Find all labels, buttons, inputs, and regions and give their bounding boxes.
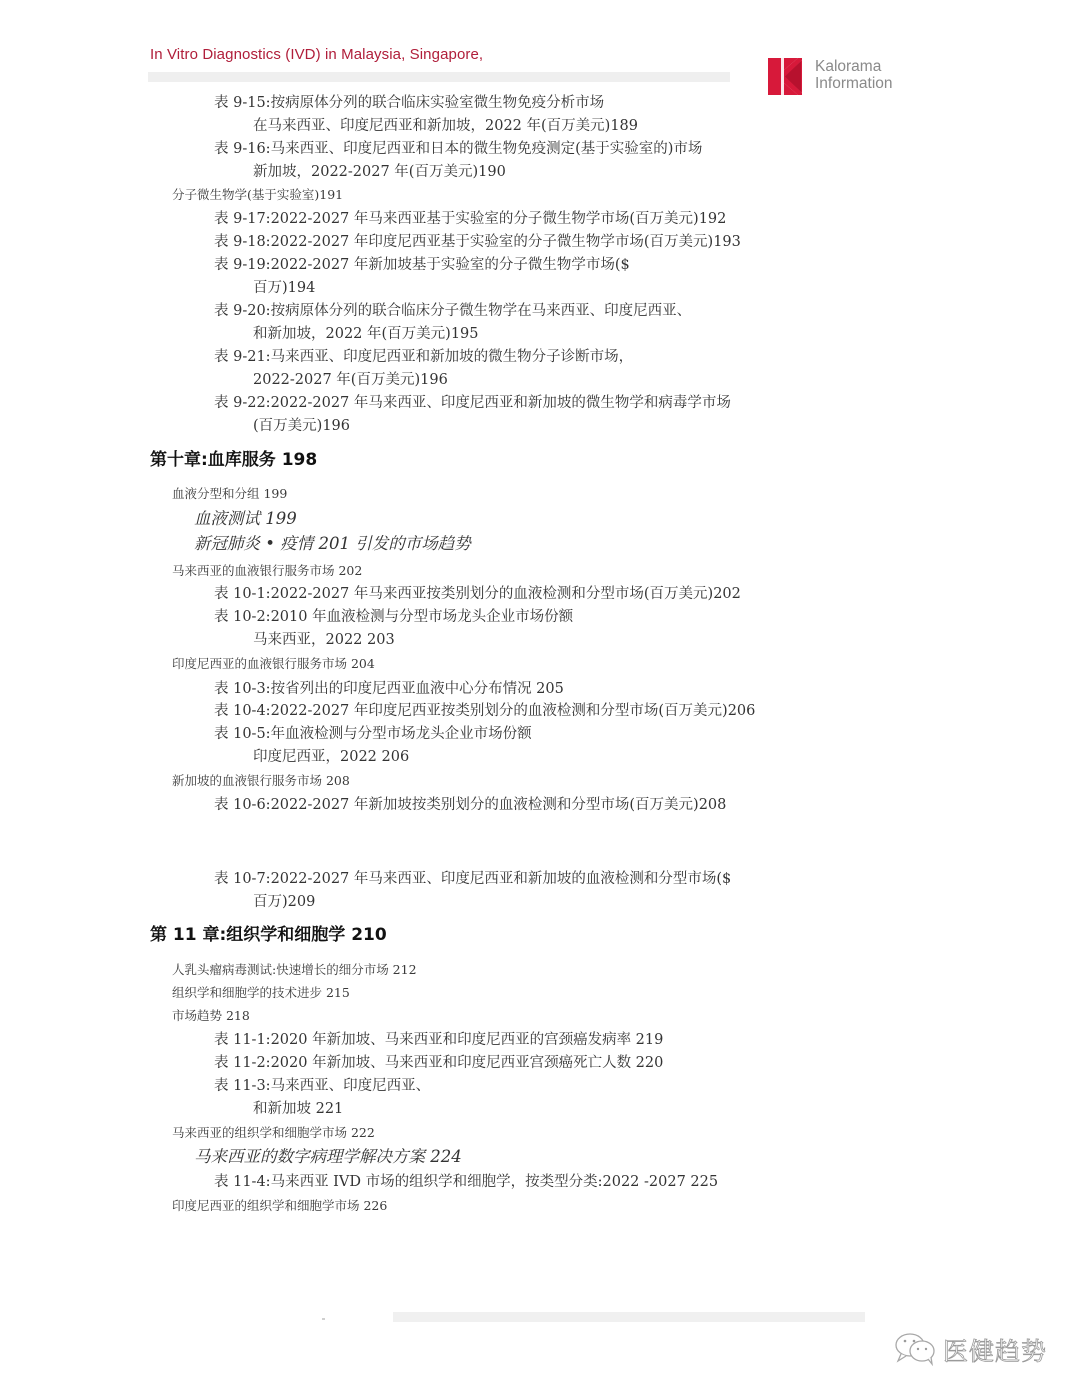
toc-entry-continuation[interactable]: 新加坡，2022-2027 年(百万美元)190 xyxy=(253,165,506,180)
toc-table-entry[interactable]: 表 9-20:按病原体分列的联合临床分子微生物学在马来西亚、印度尼西亚、 xyxy=(214,304,691,319)
toc-table-entry[interactable]: 表 9-18:2022-2027 年印度尼西亚基于实验室的分子微生物学市场(百万… xyxy=(214,235,741,250)
toc-section-entry[interactable]: 分子微生物学(基于实验室)191 xyxy=(172,189,343,202)
toc-table-entry[interactable]: 表 11-1:2020 年新加坡、马来西亚和印度尼西亚的宫颈癌发病率 219 xyxy=(214,1033,663,1048)
toc-section-entry[interactable]: 血液分型和分组 199 xyxy=(172,488,287,501)
toc-entry-continuation[interactable]: 和新加坡，2022 年(百万美元)195 xyxy=(253,327,479,342)
wechat-icon xyxy=(893,1332,939,1366)
toc-section-entry[interactable]: 新加坡的血液银行服务市场 208 xyxy=(172,775,350,788)
toc-table-entry[interactable]: 表 11-2:2020 年新加坡、马来西亚和印度尼西亚宫颈癌死亡人数 220 xyxy=(214,1056,663,1071)
kalorama-logo-icon xyxy=(768,58,802,95)
toc-table-entry[interactable]: 表 10-1:2022-2027 年马来西亚按类别划分的血液检测和分型市场(百万… xyxy=(214,587,741,602)
toc-subsection-entry[interactable]: 新冠肺炎 • 疫情 201 引发的市场趋势 xyxy=(194,536,471,553)
toc-table-entry[interactable]: 表 9-21:马来西亚、印度尼西亚和新加坡的微生物分子诊断市场， xyxy=(214,350,633,365)
toc-entry-continuation[interactable]: 马来西亚，2022 203 xyxy=(253,633,395,648)
toc-table-entry[interactable]: 表 11-3:马来西亚、印度尼西亚、 xyxy=(214,1079,430,1094)
toc-section-entry[interactable]: 印度尼西亚的血液银行服务市场 204 xyxy=(172,658,375,671)
toc-entry-continuation[interactable]: 百万)209 xyxy=(253,895,315,910)
footer-mark xyxy=(322,1318,325,1320)
toc-table-entry[interactable]: 表 10-7:2022-2027 年马来西亚、印度尼西亚和新加坡的血液检测和分型… xyxy=(214,872,731,887)
kalorama-logo-text: Kalorama Information xyxy=(815,58,893,92)
watermark-text: 医健趋势 xyxy=(943,1332,1047,1368)
toc-section-entry[interactable]: 马来西亚的血液银行服务市场 202 xyxy=(172,565,362,578)
toc-chapter-heading[interactable]: 第十章:血库服务 198 xyxy=(150,452,317,469)
toc-section-entry[interactable]: 组织学和细胞学的技术进步 215 xyxy=(172,987,350,1000)
toc-entry-continuation[interactable]: 在马来西亚、印度尼西亚和新加坡，2022 年(百万美元)189 xyxy=(253,119,638,134)
toc-entry-continuation[interactable]: 印度尼西亚，2022 206 xyxy=(253,750,409,765)
toc-subsection-entry[interactable]: 马来西亚的数字病理学解决方案 224 xyxy=(194,1149,462,1166)
footer-divider-bar xyxy=(393,1312,865,1322)
header-divider-bar xyxy=(148,72,730,82)
toc-entry-continuation[interactable]: (百万美元)196 xyxy=(253,419,350,434)
toc-subsection-entry[interactable]: 血液测试 199 xyxy=(194,511,297,528)
toc-section-entry[interactable]: 市场趋势 218 xyxy=(172,1010,250,1023)
toc-table-entry[interactable]: 表 10-4:2022-2027 年印度尼西亚按类别划分的血液检测和分型市场(百… xyxy=(214,704,755,719)
toc-table-entry[interactable]: 表 9-19:2022-2027 年新加坡基于实验室的分子微生物学市场($ xyxy=(214,258,630,273)
toc-chapter-heading[interactable]: 第 11 章:组织学和细胞学 210 xyxy=(150,927,387,944)
logo-line-1: Kalorama xyxy=(815,58,893,75)
toc-section-entry[interactable]: 印度尼西亚的组织学和细胞学市场 226 xyxy=(172,1200,387,1213)
toc-section-entry[interactable]: 人乳头瘤病毒测试:快速增长的细分市场 212 xyxy=(172,964,417,977)
toc-entry-continuation[interactable]: 和新加坡 221 xyxy=(253,1102,343,1117)
toc-entry-continuation[interactable]: 2022-2027 年(百万美元)196 xyxy=(253,373,448,388)
toc-table-entry[interactable]: 表 9-15:按病原体分列的联合临床实验室微生物免疫分析市场 xyxy=(214,96,604,111)
toc-table-entry[interactable]: 表 10-2:2010 年血液检测与分型市场龙头企业市场份额 xyxy=(214,610,573,625)
kalorama-logo: Kalorama Information xyxy=(768,58,908,98)
toc-entry-continuation[interactable]: 百万)194 xyxy=(253,281,315,296)
document-header-title: In Vitro Diagnostics (IVD) in Malaysia, … xyxy=(150,46,483,63)
toc-table-entry[interactable]: 表 11-4:马来西亚 IVD 市场的组织学和细胞学，按类型分类:2022 -2… xyxy=(214,1175,718,1190)
toc-table-entry[interactable]: 表 10-6:2022-2027 年新加坡按类别划分的血液检测和分型市场(百万美… xyxy=(214,798,726,813)
toc-table-entry[interactable]: 表 9-17:2022-2027 年马来西亚基于实验室的分子微生物学市场(百万美… xyxy=(214,212,726,227)
toc-table-entry[interactable]: 表 9-16:马来西亚、印度尼西亚和日本的微生物免疫测定(基于实验室的)市场 xyxy=(214,142,702,157)
watermark: 医健趋势 xyxy=(893,1330,1063,1370)
toc-section-entry[interactable]: 马来西亚的组织学和细胞学市场 222 xyxy=(172,1127,375,1140)
logo-line-2: Information xyxy=(815,75,893,92)
toc-table-entry[interactable]: 表 10-3:按省列出的印度尼西亚血液中心分布情况 205 xyxy=(214,682,564,697)
toc-table-entry[interactable]: 表 10-5:年血液检测与分型市场龙头企业市场份额 xyxy=(214,727,532,742)
toc-table-entry[interactable]: 表 9-22:2022-2027 年马来西亚、印度尼西亚和新加坡的微生物学和病毒… xyxy=(214,396,731,411)
